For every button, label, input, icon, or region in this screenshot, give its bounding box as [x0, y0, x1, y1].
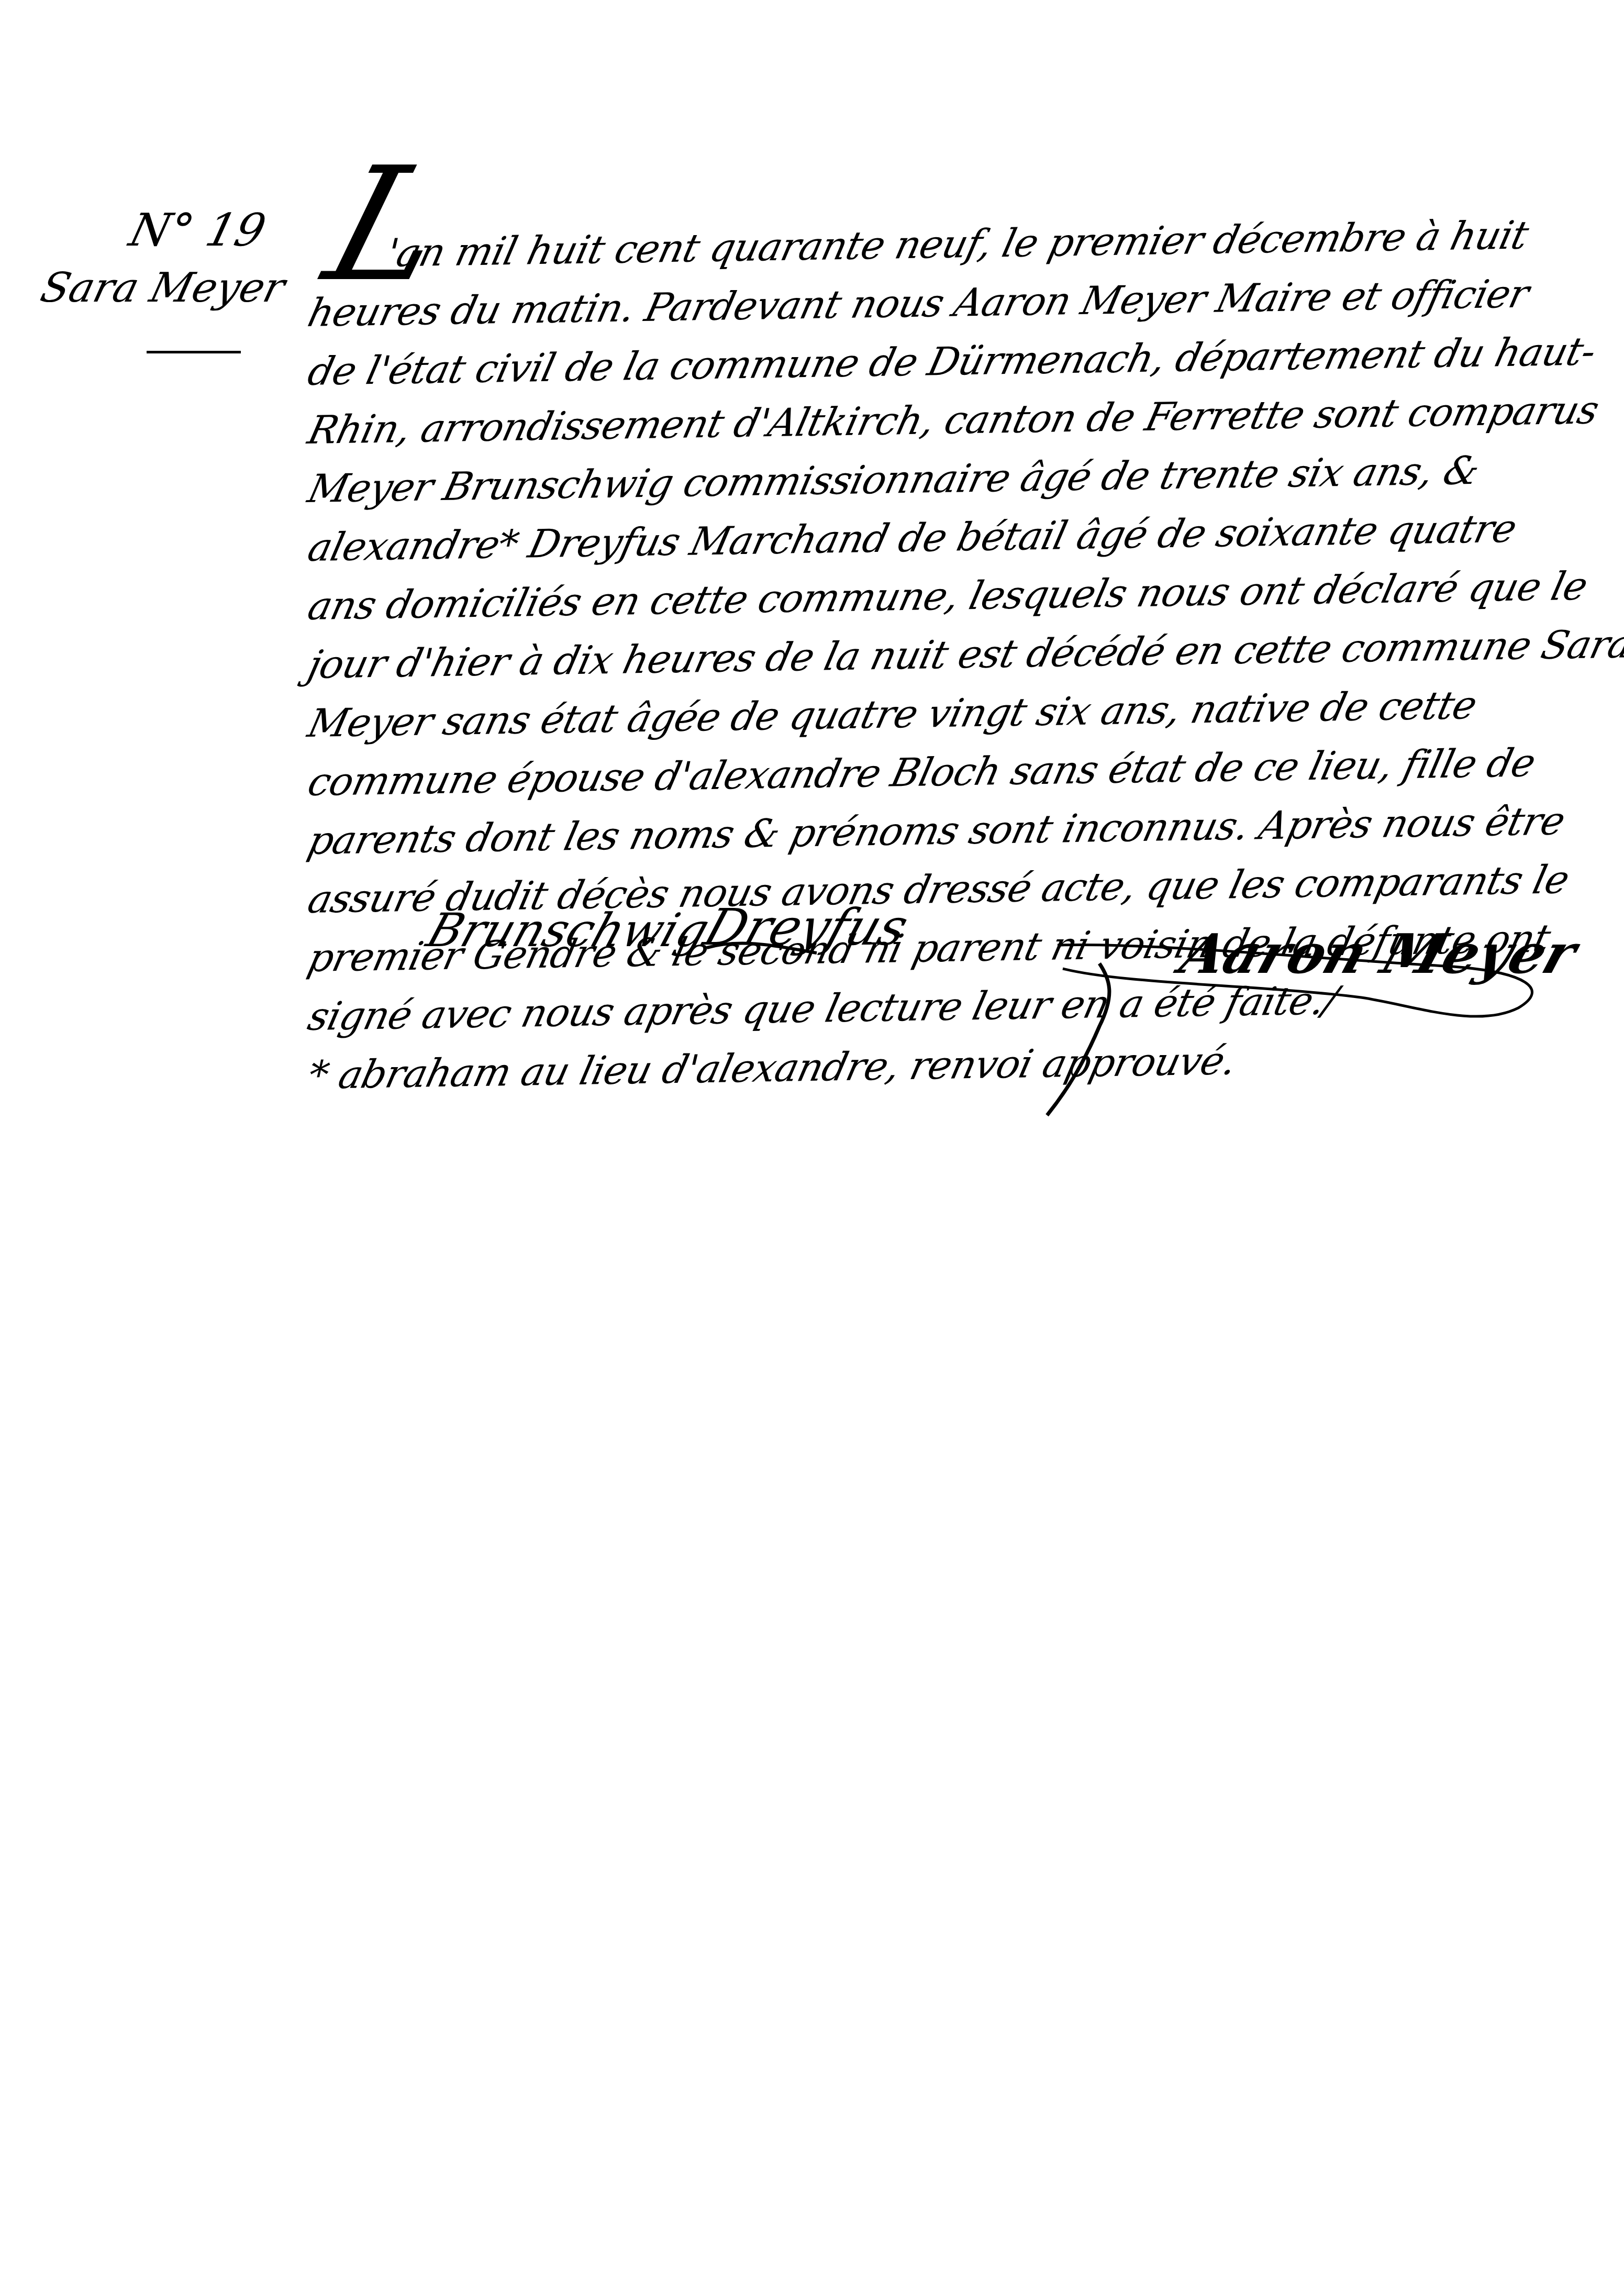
subject-name: Sara Meyer — [34, 257, 322, 319]
document-page: N° 19 Sara Meyer L 'an mil huit cent qua… — [0, 0, 1624, 2296]
record-number: N° 19 — [125, 204, 321, 257]
margin-underline — [147, 351, 241, 353]
record-body: 'an mil huit cent quarante neuf, le prem… — [309, 225, 1586, 1105]
margin-annotation: N° 19 Sara Meyer — [42, 204, 314, 353]
